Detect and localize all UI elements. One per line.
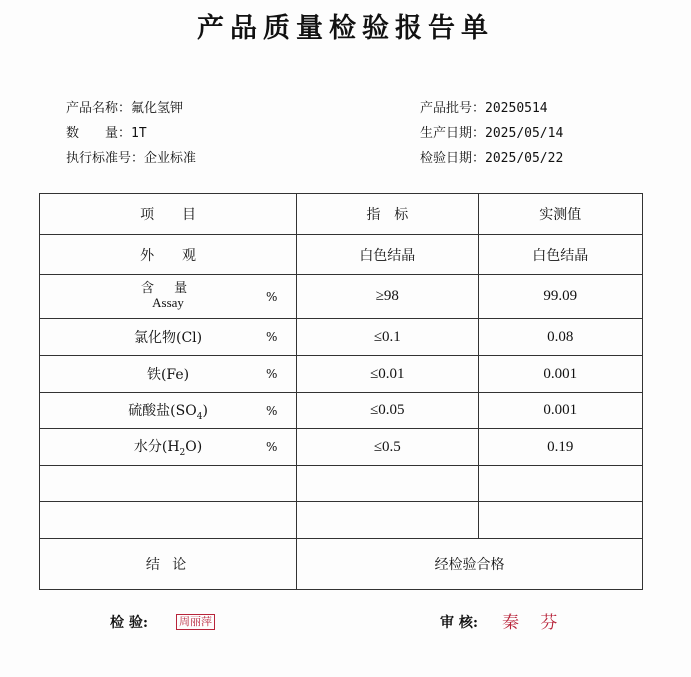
conclusion-row: 结 论 经检验合格 bbox=[40, 539, 643, 590]
blank-cell bbox=[478, 502, 642, 539]
unit-label: % bbox=[266, 367, 277, 381]
reviewer-label: 审 核: bbox=[440, 612, 478, 632]
blank-cell bbox=[297, 466, 478, 502]
result-cell: 0.08 bbox=[478, 319, 642, 356]
reviewer-signature: 秦 芬 bbox=[502, 608, 565, 633]
header-spec: 指 标 bbox=[297, 194, 478, 235]
product-name-label: 产品名称： bbox=[66, 101, 131, 116]
info-right: 产品批号：20250514 生产日期：2025/05/14 检验日期：2025/… bbox=[420, 96, 563, 171]
inspection-date-label: 检验日期： bbox=[420, 151, 485, 166]
item-name: 氯化物(Cl) bbox=[134, 327, 202, 347]
spec-cell: 白色结晶 bbox=[297, 235, 478, 275]
batch-label: 产品批号： bbox=[420, 101, 485, 116]
product-name-value: 氟化氢钾 bbox=[131, 101, 183, 116]
standard-value: 企业标准 bbox=[144, 151, 196, 166]
item-name-text: 硫酸盐(SO bbox=[128, 403, 197, 419]
spec-cell: ≤0.05 bbox=[297, 393, 478, 429]
spec-cell: ≤0.1 bbox=[297, 319, 478, 356]
spec-cell: ≤0.5 bbox=[297, 429, 478, 466]
table-row: 铁(Fe) % ≤0.01 0.001 bbox=[40, 356, 643, 393]
quantity-label: 数 量： bbox=[66, 126, 131, 141]
inspector-stamp: 周丽萍 bbox=[176, 614, 215, 630]
item-name-cn: 含 量 bbox=[141, 282, 195, 296]
blank-row bbox=[40, 502, 643, 539]
item-name-suffix: O) bbox=[185, 439, 202, 455]
inspector-label: 检 验: bbox=[110, 612, 148, 632]
item-name-suffix: ) bbox=[202, 403, 207, 419]
production-date-label: 生产日期： bbox=[420, 126, 485, 141]
item-name: 水分(H2O) bbox=[134, 436, 202, 458]
blank-cell bbox=[40, 466, 297, 502]
unit-label: % bbox=[266, 290, 277, 304]
production-date-value: 2025/05/14 bbox=[485, 126, 563, 141]
table-row: 氯化物(Cl) % ≤0.1 0.08 bbox=[40, 319, 643, 356]
result-cell: 99.09 bbox=[478, 275, 642, 319]
item-name: 含 量 Assay bbox=[141, 282, 195, 310]
item-cell: 氯化物(Cl) % bbox=[40, 319, 297, 356]
result-cell: 白色结晶 bbox=[478, 235, 642, 275]
conclusion-value: 经检验合格 bbox=[297, 539, 643, 590]
item-cell: 水分(H2O) % bbox=[40, 429, 297, 466]
result-cell: 0.001 bbox=[478, 393, 642, 429]
inspection-date-value: 2025/05/22 bbox=[485, 151, 563, 166]
item-cell: 铁(Fe) % bbox=[40, 356, 297, 393]
inspection-table: 项 目 指 标 实测值 外 观 白色结晶 白色结晶 含 量 Assay % ≥9… bbox=[39, 193, 643, 590]
unit-label: % bbox=[266, 404, 277, 418]
quantity-row: 数 量：1T bbox=[66, 121, 196, 146]
info-left: 产品名称：氟化氢钾 数 量：1T 执行标准号：企业标准 bbox=[66, 96, 196, 171]
result-cell: 0.001 bbox=[478, 356, 642, 393]
spec-cell: ≥98 bbox=[297, 275, 478, 319]
batch-value: 20250514 bbox=[485, 101, 548, 116]
table-row: 外 观 白色结晶 白色结晶 bbox=[40, 235, 643, 275]
production-date-row: 生产日期：2025/05/14 bbox=[420, 121, 563, 146]
blank-cell bbox=[40, 502, 297, 539]
item-name-text: 水分(H bbox=[134, 439, 180, 455]
batch-row: 产品批号：20250514 bbox=[420, 96, 563, 121]
table-row: 硫酸盐(SO4) % ≤0.05 0.001 bbox=[40, 393, 643, 429]
unit-label: % bbox=[266, 330, 277, 344]
header-result: 实测值 bbox=[478, 194, 642, 235]
unit-label: % bbox=[266, 440, 277, 454]
standard-row: 执行标准号：企业标准 bbox=[66, 146, 196, 171]
table-row: 含 量 Assay % ≥98 99.09 bbox=[40, 275, 643, 319]
blank-cell bbox=[478, 466, 642, 502]
item-cell: 外 观 bbox=[40, 235, 297, 275]
header-item: 项 目 bbox=[40, 194, 297, 235]
item-name: 硫酸盐(SO4) bbox=[128, 400, 208, 422]
table-row: 水分(H2O) % ≤0.5 0.19 bbox=[40, 429, 643, 466]
spec-cell: ≤0.01 bbox=[297, 356, 478, 393]
inspection-date-row: 检验日期：2025/05/22 bbox=[420, 146, 563, 171]
report-title: 产品质量检验报告单 bbox=[0, 6, 691, 45]
item-name: 铁(Fe) bbox=[147, 364, 189, 384]
standard-label: 执行标准号： bbox=[66, 151, 144, 166]
table-header-row: 项 目 指 标 实测值 bbox=[40, 194, 643, 235]
blank-cell bbox=[297, 502, 478, 539]
item-name-en: Assay bbox=[141, 296, 195, 310]
quantity-value: 1T bbox=[131, 126, 147, 141]
result-cell: 0.19 bbox=[478, 429, 642, 466]
conclusion-label: 结 论 bbox=[40, 539, 297, 590]
blank-row bbox=[40, 466, 643, 502]
product-name-row: 产品名称：氟化氢钾 bbox=[66, 96, 196, 121]
item-cell: 含 量 Assay % bbox=[40, 275, 297, 319]
item-cell: 硫酸盐(SO4) % bbox=[40, 393, 297, 429]
